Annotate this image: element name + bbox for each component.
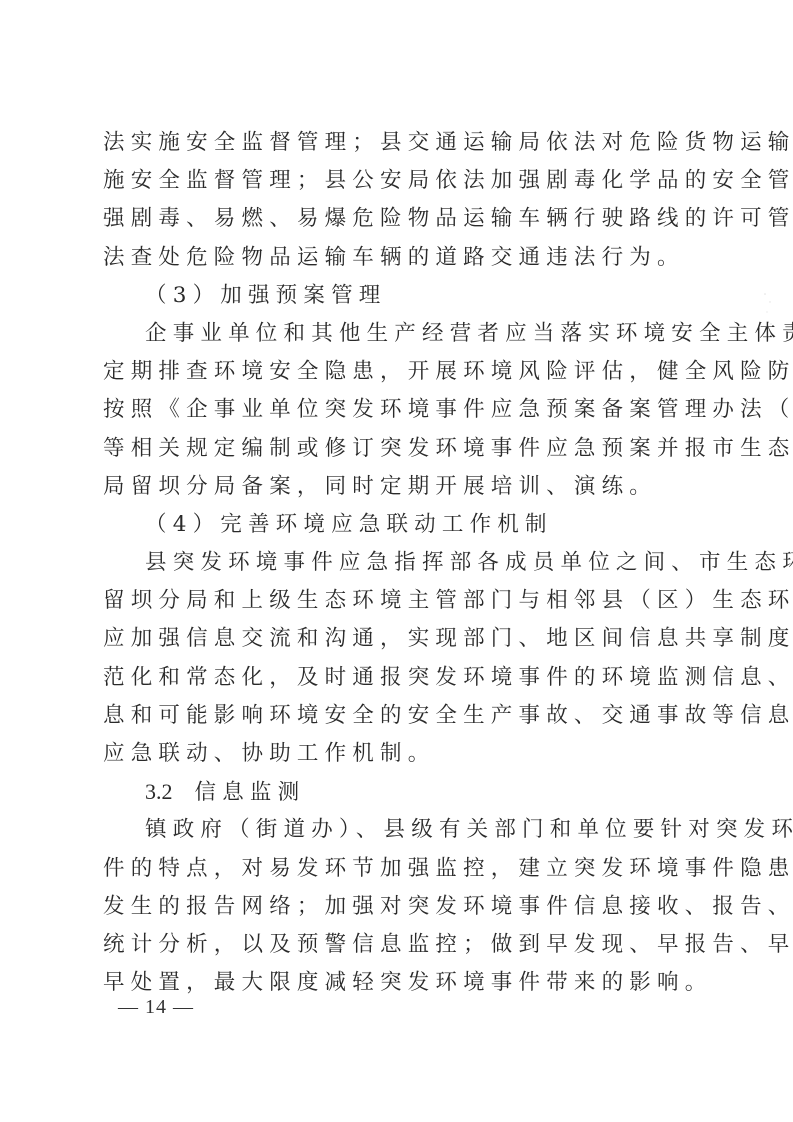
paragraph-first-line: 企事业单位和其他生产经营者应当落实环境安全主体责任， xyxy=(103,315,703,353)
body-line: 局留坝分局备案，同时定期开展培训、演练。 xyxy=(103,468,703,506)
body-line: 法查处危险物品运输车辆的道路交通违法行为。 xyxy=(103,239,703,277)
page-number: — 14 — xyxy=(118,996,194,1019)
document-page: 法实施安全监督管理；县交通运输局依法对危险货物运输企业实 施安全监督管理；县公安… xyxy=(0,0,793,1122)
subheading-strengthen-plan-management: （3）加强预案管理 xyxy=(103,277,703,315)
body-line: 留坝分局和上级生态环境主管部门与相邻县（区）生态环境部门 xyxy=(103,582,703,620)
body-line: 息和可能影响环境安全的安全生产事故、交通事故等信息，建立 xyxy=(103,697,703,735)
body-line: 应加强信息交流和沟通，实现部门、地区间信息共享制度化、规 xyxy=(103,620,703,658)
body-line: 范化和常态化，及时通报突发环境事件的环境监测信息、处置信 xyxy=(103,659,703,697)
section-title: 信息监测 xyxy=(195,780,306,805)
document-body: 法实施安全监督管理；县交通运输局依法对危险货物运输企业实 施安全监督管理；县公安… xyxy=(103,124,703,1002)
body-line: 件的特点，对易发环节加强监控，建立突发环境事件隐患和事故 xyxy=(103,850,703,888)
subheading-improve-linkage-mechanism: （4）完善环境应急联动工作机制 xyxy=(103,506,703,544)
body-line: 等相关规定编制或修订突发环境事件应急预案并报市生态环境 xyxy=(103,430,703,468)
body-line: 应急联动、协助工作机制。 xyxy=(103,735,703,773)
section-number: 3.2 xyxy=(145,779,173,804)
body-line: 发生的报告网络；加强对突发环境事件信息接收、报告、处理、 xyxy=(103,888,703,926)
scan-speckle-decoration xyxy=(762,290,774,330)
body-line: 定期排查环境安全隐患，开展环境风险评估，健全风险防控措施， xyxy=(103,353,703,391)
section-heading-information-monitoring: 3.2信息监测 xyxy=(103,773,703,811)
paragraph-first-line: 镇政府（街道办）、县级有关部门和单位要针对突发环境事 xyxy=(103,811,703,849)
body-line: 按照《企事业单位突发环境事件应急预案备案管理办法（试行）》 xyxy=(103,391,703,429)
body-line: 法实施安全监督管理；县交通运输局依法对危险货物运输企业实 xyxy=(103,124,703,162)
body-line: 强剧毒、易燃、易爆危险物品运输车辆行驶路线的许可管理，依 xyxy=(103,200,703,238)
body-line: 统计分析，以及预警信息监控；做到早发现、早报告、早控制、 xyxy=(103,926,703,964)
body-line: 施安全监督管理；县公安局依法加强剧毒化学品的安全管理，加 xyxy=(103,162,703,200)
paragraph-first-line: 县突发环境事件应急指挥部各成员单位之间、市生态环境局 xyxy=(103,544,703,582)
